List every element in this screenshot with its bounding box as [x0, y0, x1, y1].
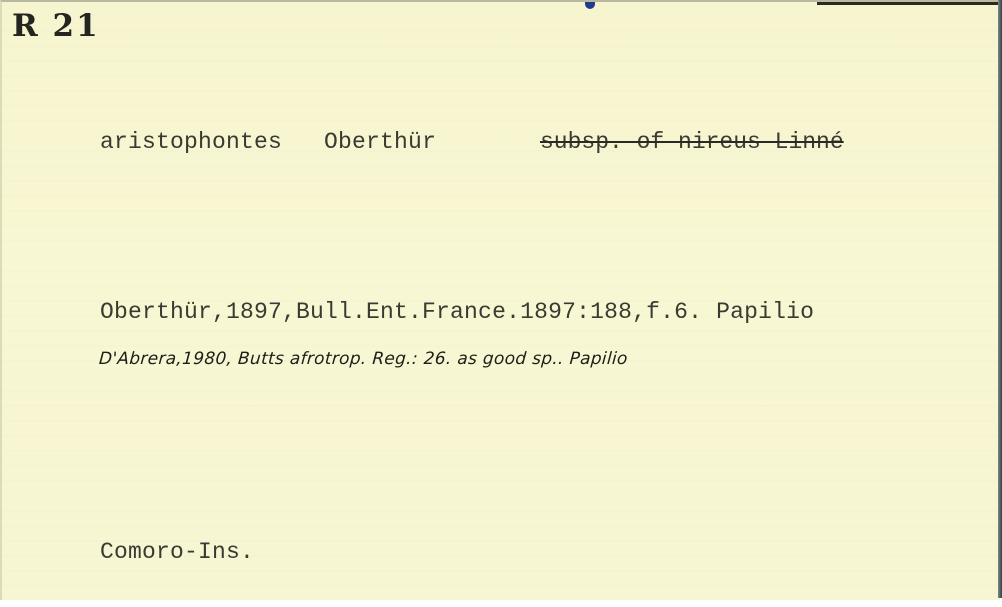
taxon-name: aristophontes [100, 129, 282, 155]
index-card: R 21 aristophontes Oberthür subsp. of ni… [0, 0, 1000, 600]
original-reference: Oberthür,1897,Bull.Ent.France.1897:188,f… [100, 299, 814, 325]
taxon-author: Oberthür [324, 129, 436, 155]
handwritten-note: D'Abrera,1980, Butts afrotrop. Reg.: 26.… [98, 349, 628, 369]
card-id-label: R 21 [12, 8, 100, 44]
card-top-edge-shadow [817, 2, 1000, 5]
scan-right-edge [998, 0, 1002, 598]
blue-ink-mark [585, 2, 595, 9]
struck-through-status: subsp. of nireus Linné [540, 129, 844, 155]
taxon-name-line: aristophontes Oberthür [100, 129, 436, 155]
locality: Comoro-Ins. [100, 539, 254, 565]
